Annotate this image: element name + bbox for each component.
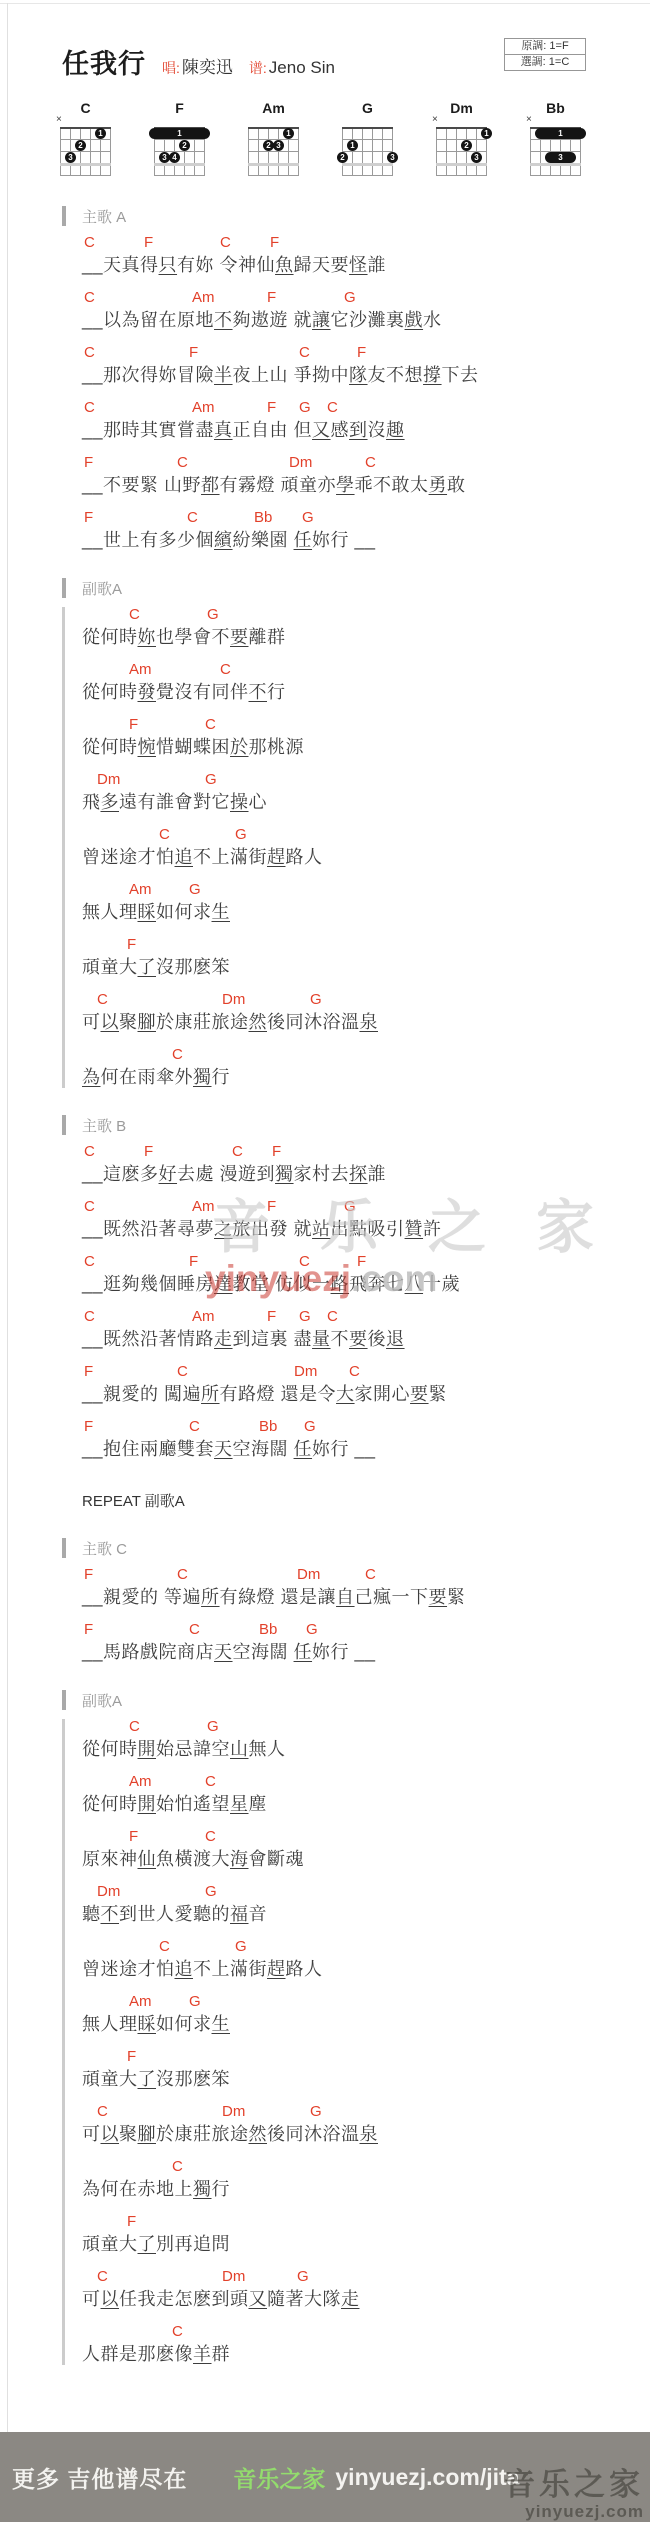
chord-row: FC: [82, 1829, 650, 1844]
chord-label: C: [97, 992, 108, 1007]
chord-label: F: [267, 1309, 276, 1324]
lyric-text: __那次得妳冒險半夜上山 爭拗中隊友不想撐下去: [82, 364, 650, 386]
chord-label: C: [189, 1419, 200, 1434]
lyric-line-group: C為何在赤地上獨行: [82, 2159, 650, 2200]
chord-label: Am: [129, 662, 152, 677]
lyric-text: 無人理睬如何求生: [82, 901, 650, 923]
chord-label: F: [189, 1254, 198, 1269]
chord-diagrams-row: C×123F1234Am123G123Dm×123Bb×13: [60, 101, 650, 179]
lyric-line-group: CG曾迷途才怕追不上滿街趕路人: [82, 1939, 650, 1980]
chord-label: F: [267, 1199, 276, 1214]
chord-row: CFCF: [82, 235, 650, 250]
lyric-text: __天真得只有妳 令神仙魚歸天要怪誰: [82, 254, 650, 276]
chord-label: Dm: [222, 2269, 245, 2284]
lyric-line-group: FCBbG__抱住兩廳雙套天空海闊 任妳行 __: [82, 1419, 650, 1460]
section-marker-bar: [62, 1690, 66, 1710]
footer-watermark: 音乐之家 yinyuezj.com: [504, 2469, 644, 2520]
chord-label: C: [84, 400, 95, 415]
chord-label: F: [84, 510, 93, 525]
page-top-border: [0, 3, 650, 4]
section-lines: CG從何時開始忌諱空山無人AmC從何時開始怕遙望星塵FC原來神仙魚橫渡大海會斷魂…: [62, 1719, 650, 2365]
chord-row: CDmG: [82, 2269, 650, 2284]
lyric-line-group: CFCF__天真得只有妳 令神仙魚歸天要怪誰: [82, 235, 650, 276]
chord-row: FCBbG: [82, 1419, 650, 1434]
barre-finger: 3: [545, 152, 576, 163]
song-section: 副歌ACG從何時開始忌諱空山無人AmC從何時開始怕遙望星塵FC原來神仙魚橫渡大海…: [62, 1689, 650, 2365]
chord-name: G: [342, 101, 393, 115]
page-left-border: [7, 3, 8, 2432]
page: 原調: 1=F 選調: 1=C 任我行 唱:陳奕迅 谱:Jeno Sin C×1…: [0, 0, 650, 2522]
chord-label: G: [235, 827, 247, 842]
chord-row: FCBbG: [82, 1622, 650, 1637]
section-marker-bar: [62, 578, 66, 598]
lyric-line-group: CFCF__逛夠幾個睡房達教堂 仿似一路飛奔七八十歲: [82, 1254, 650, 1295]
chord-label: F: [270, 235, 279, 250]
fret-line: [436, 175, 487, 176]
chord-label: C: [365, 1567, 376, 1582]
section-lines: FCDmC__親愛的 等遍所有綠燈 還是讓自己瘋一下要緊FCBbG__馬路戲院商…: [82, 1567, 650, 1663]
chord-label: C: [84, 1309, 95, 1324]
chord-label: C: [84, 1199, 95, 1214]
lyric-text: 聽不到世人愛聽的福音: [82, 1903, 650, 1925]
chord-diagram-am: Am123: [248, 101, 299, 179]
footer-watermark-url: yinyuezj.com: [504, 2503, 644, 2520]
chord-label: C: [97, 2269, 108, 2284]
chord-row: CFCF: [82, 1254, 650, 1269]
chord-row: FCDmC: [82, 1567, 650, 1582]
chord-row: C: [82, 2324, 650, 2339]
singer-credit: 唱:陳奕迅: [162, 53, 233, 78]
key-info-box: 原調: 1=F 選調: 1=C: [504, 38, 586, 71]
chord-row: CAmFG: [82, 1199, 650, 1214]
lyric-line-group: FCDmC__親愛的 等遍所有綠燈 還是讓自己瘋一下要緊: [82, 1567, 650, 1608]
lyric-line-group: CAmFGC__既然沿著情路走到這裏 盡量不要後退: [82, 1309, 650, 1350]
chord-label: Dm: [294, 1364, 317, 1379]
chord-diagram-c: C×123: [60, 101, 111, 179]
section-lines: CFCF__這麽多好去處 漫遊到獨家村去探誰CAmFG__既然沿著尋夢之旅出發 …: [82, 1144, 650, 1460]
lyric-text: 曾迷途才怕追不上滿街趕路人: [82, 846, 650, 868]
chord-label: F: [84, 1622, 93, 1637]
chord-label: F: [357, 1254, 366, 1269]
lyric-text: 從何時發覺沒有同伴不行: [82, 681, 650, 703]
repeat-instruction: REPEAT 副歌A: [82, 1490, 650, 1511]
lyric-line-group: CAmFG__以為留在原地不夠遨遊 就讓它沙灘裏戲水: [82, 290, 650, 331]
lyric-line-group: CDmG可以任我走怎麽到頭又隨著大隊走: [82, 2269, 650, 2310]
chord-label: G: [299, 1309, 311, 1324]
lyric-text: 人群是那麽像羊群: [82, 2343, 650, 2365]
selected-key: 選調: 1=C: [505, 54, 585, 70]
lyric-text: 無人理睬如何求生: [82, 2013, 650, 2035]
lyric-text: 頑童大了沒那麽笨: [82, 956, 650, 978]
chord-diagram-dm: Dm×123: [436, 101, 487, 179]
lyric-line-group: AmG無人理睬如何求生: [82, 1994, 650, 2035]
lyric-text: 可以聚腳於康莊旅途然後同沐浴溫泉: [82, 2123, 650, 2145]
lyric-text: 從何時開始忌諱空山無人: [82, 1738, 650, 1760]
chord-label: F: [129, 1829, 138, 1844]
chord-row: AmG: [82, 882, 650, 897]
chord-label: C: [84, 1144, 95, 1159]
chord-name: C: [60, 101, 111, 115]
chord-row: AmC: [82, 662, 650, 677]
chord-name: Bb: [530, 101, 581, 115]
chord-label: C: [205, 1774, 216, 1789]
chord-label: Am: [192, 400, 215, 415]
chord-label: C: [299, 1254, 310, 1269]
lyric-line-group: F頑童大了沒那麽笨: [82, 2049, 650, 2090]
lyric-line-group: CFCF__這麽多好去處 漫遊到獨家村去探誰: [82, 1144, 650, 1185]
chord-diagram-g: G123: [342, 101, 393, 179]
lyric-text: 從何時妳也學會不要離群: [82, 626, 650, 648]
section-label: 主歌 A: [82, 206, 126, 227]
lyric-line-group: CG從何時開始忌諱空山無人: [82, 1719, 650, 1760]
finger-dot: 3: [387, 152, 398, 163]
fret-line: [342, 163, 393, 166]
lyric-text: __馬路戲院商店天空海闊 任妳行 __: [82, 1641, 650, 1663]
lyric-line-group: C人群是那麽像羊群: [82, 2324, 650, 2365]
muted-string-marker: ×: [56, 115, 62, 125]
chord-label: Dm: [97, 1884, 120, 1899]
fret-line: [436, 139, 487, 140]
chord-row: C: [82, 2159, 650, 2174]
chord-row: F: [82, 937, 650, 952]
chord-label: Am: [192, 1199, 215, 1214]
lyric-text: __既然沿著情路走到這裏 盡量不要後退: [82, 1328, 650, 1350]
chord-label: F: [127, 2214, 136, 2229]
song-body: 主歌 ACFCF__天真得只有妳 令神仙魚歸天要怪誰CAmFG__以為留在原地不…: [62, 205, 650, 2389]
fretboard-grid: ×123: [436, 127, 487, 176]
chord-label: C: [172, 2159, 183, 2174]
section-header: 主歌 A: [62, 205, 650, 227]
chord-label: G: [310, 2104, 322, 2119]
lyric-text: 原來神仙魚橫渡大海會斷魂: [82, 1848, 650, 1870]
chord-label: C: [172, 1047, 183, 1062]
chord-label: G: [205, 1884, 217, 1899]
chord-label: C: [205, 1829, 216, 1844]
lyric-line-group: FCDmC__親愛的 闖遍所有路燈 還是令大家開心要緊: [82, 1364, 650, 1405]
footer-site-url: yinyuezj.com/jita: [335, 2464, 519, 2491]
chord-row: CDmG: [82, 992, 650, 1007]
chord-label: C: [299, 345, 310, 360]
section-marker-bar: [62, 1115, 66, 1135]
lyric-line-group: FC原來神仙魚橫渡大海會斷魂: [82, 1829, 650, 1870]
chord-label: Am: [129, 1774, 152, 1789]
chord-row: CAmFGC: [82, 400, 650, 415]
lyric-text: __逛夠幾個睡房達教堂 仿似一路飛奔七八十歲: [82, 1273, 650, 1295]
footer-watermark-logo: 音乐之家: [504, 2469, 644, 2500]
chord-label: G: [189, 1994, 201, 2009]
fret-line: [248, 151, 299, 152]
chord-label: F: [357, 345, 366, 360]
chord-label: C: [84, 290, 95, 305]
song-section: 主歌 ACFCF__天真得只有妳 令神仙魚歸天要怪誰CAmFG__以為留在原地不…: [62, 205, 650, 551]
chord-diagram-bb: Bb×13: [530, 101, 581, 179]
chord-label: G: [310, 992, 322, 1007]
lyric-line-group: FC從何時惋惜蝴蝶困於那桃源: [82, 717, 650, 758]
finger-dot: 1: [283, 128, 294, 139]
chord-label: Am: [129, 882, 152, 897]
lyric-text: 可以聚腳於康莊旅途然後同沐浴溫泉: [82, 1011, 650, 1033]
lyric-line-group: F頑童大了沒那麽笨: [82, 937, 650, 978]
section-label: 主歌 B: [82, 1115, 126, 1136]
chord-label: G: [235, 1939, 247, 1954]
lyric-line-group: CDmG可以聚腳於康莊旅途然後同沐浴溫泉: [82, 2104, 650, 2145]
chord-row: CDmG: [82, 2104, 650, 2119]
section-lines: CFCF__天真得只有妳 令神仙魚歸天要怪誰CAmFG__以為留在原地不夠遨遊 …: [82, 235, 650, 551]
lyric-text: 從何時惋惜蝴蝶困於那桃源: [82, 736, 650, 758]
section-marker-bar: [62, 206, 66, 226]
fret-line: [60, 139, 111, 140]
chord-label: C: [220, 235, 231, 250]
chord-label: Am: [192, 1309, 215, 1324]
chord-label: C: [189, 1622, 200, 1637]
chord-row: CAmFG: [82, 290, 650, 305]
chord-label: Dm: [97, 772, 120, 787]
chord-row: CG: [82, 1719, 650, 1734]
fretboard-grid: 123: [342, 127, 393, 176]
chord-label: C: [327, 400, 338, 415]
fret-line: [154, 163, 205, 166]
fret-line: [342, 127, 393, 129]
lyric-line-group: CFCF__那次得妳冒險半夜上山 爭拗中隊友不想撐下去: [82, 345, 650, 386]
chord-row: CG: [82, 607, 650, 622]
chord-label: C: [84, 345, 95, 360]
chord-label: G: [304, 1419, 316, 1434]
chord-label: Am: [192, 290, 215, 305]
fret-line: [60, 175, 111, 176]
fret-line: [530, 175, 581, 176]
lyric-text: __既然沿著尋夢之旅出發 就站出點吸引贊許: [82, 1218, 650, 1240]
chord-label: C: [220, 662, 231, 677]
chord-name: F: [154, 101, 205, 115]
chord-label: G: [299, 400, 311, 415]
chord-label: G: [344, 290, 356, 305]
chord-label: C: [97, 2104, 108, 2119]
chord-label: C: [177, 455, 188, 470]
chord-row: CG: [82, 827, 650, 842]
chord-label: C: [129, 607, 140, 622]
chord-row: FCDmC: [82, 455, 650, 470]
chord-row: CG: [82, 1939, 650, 1954]
chord-label: G: [205, 772, 217, 787]
fret-line: [154, 139, 205, 140]
finger-dot: 2: [75, 140, 86, 151]
lyric-text: __那時其實嘗盡真正自由 但又感到沒趣: [82, 419, 650, 441]
chord-row: C: [82, 1047, 650, 1062]
fret-line: [436, 127, 487, 129]
chord-label: F: [267, 400, 276, 415]
lyric-line-group: CDmG可以聚腳於康莊旅途然後同沐浴溫泉: [82, 992, 650, 1033]
footer-text: 更多 吉他谱尽在: [12, 2461, 187, 2494]
lyric-line-group: DmG飛多遠有誰會對它操心: [82, 772, 650, 813]
chord-row: CFCF: [82, 345, 650, 360]
arranger-name: Jeno Sin: [269, 58, 335, 77]
chord-row: FCBbG: [82, 510, 650, 525]
section-marker-bar: [62, 1538, 66, 1558]
finger-dot: 2: [337, 152, 348, 163]
chord-label: Am: [129, 1994, 152, 2009]
lyric-line-group: F頑童大了別再追問: [82, 2214, 650, 2255]
chord-label: G: [207, 607, 219, 622]
lyric-text: __親愛的 闖遍所有路燈 還是令大家開心要緊: [82, 1383, 650, 1405]
chord-row: CAmFGC: [82, 1309, 650, 1324]
lyric-text: __抱住兩廳雙套天空海闊 任妳行 __: [82, 1438, 650, 1460]
section-header: 副歌A: [62, 577, 650, 599]
muted-string-marker: ×: [526, 115, 532, 125]
chord-row: FCDmC: [82, 1364, 650, 1379]
footer-brand: 音乐之家: [233, 2461, 325, 2494]
section-lines: CG從何時妳也學會不要離群AmC從何時發覺沒有同伴不行FC從何時惋惜蝴蝶困於那桃…: [62, 607, 650, 1088]
chord-label: F: [189, 345, 198, 360]
lyric-line-group: C為何在雨傘外獨行: [82, 1047, 650, 1088]
original-key: 原調: 1=F: [505, 39, 585, 54]
chord-row: F: [82, 2214, 650, 2229]
chord-row: AmG: [82, 1994, 650, 2009]
barre-finger: 1: [149, 128, 210, 139]
chord-label: F: [84, 1364, 93, 1379]
chord-label: C: [177, 1364, 188, 1379]
chord-label: G: [189, 882, 201, 897]
fret-line: [248, 139, 299, 140]
fret-line: [342, 151, 393, 152]
lyric-text: 為何在雨傘外獨行: [82, 1066, 650, 1088]
chord-label: C: [159, 827, 170, 842]
fretboard-grid: 1234: [154, 127, 205, 176]
fret-line: [154, 175, 205, 176]
chord-label: C: [349, 1364, 360, 1379]
chord-label: F: [267, 290, 276, 305]
chord-label: C: [129, 1719, 140, 1734]
lyric-line-group: AmC從何時發覺沒有同伴不行: [82, 662, 650, 703]
lyric-text: __親愛的 等遍所有綠燈 還是讓自己瘋一下要緊: [82, 1586, 650, 1608]
arranger-label: 谱:: [249, 60, 267, 76]
chord-label: C: [232, 1144, 243, 1159]
chord-row: FC: [82, 717, 650, 732]
lyric-text: __世上有多少個繽紛樂園 任妳行 __: [82, 529, 650, 551]
chord-label: G: [344, 1199, 356, 1214]
chord-label: F: [127, 2049, 136, 2064]
fret-line: [530, 163, 581, 166]
song-title: 任我行: [62, 42, 146, 81]
chord-label: F: [84, 1567, 93, 1582]
chord-label: C: [84, 235, 95, 250]
section-header: 副歌A: [62, 1689, 650, 1711]
section-header: 主歌 B: [62, 1114, 650, 1136]
chord-label: F: [127, 937, 136, 952]
section-label: 副歌A: [82, 1690, 122, 1711]
fret-line: [436, 163, 487, 166]
chord-label: Bb: [259, 1419, 277, 1434]
singer-name: 陳奕迅: [182, 58, 233, 77]
section-label: 副歌A: [82, 578, 122, 599]
song-section: 主歌 CFCDmC__親愛的 等遍所有綠燈 還是讓自己瘋一下要緊FCBbG__馬…: [62, 1537, 650, 1663]
singer-label: 唱:: [162, 60, 180, 76]
section-label: 主歌 C: [82, 1538, 127, 1559]
fret-line: [530, 139, 581, 140]
finger-dot: 1: [95, 128, 106, 139]
lyric-text: __以為留在原地不夠遨遊 就讓它沙灘裏戲水: [82, 309, 650, 331]
finger-dot: 2: [179, 140, 190, 151]
finger-dot: 4: [169, 152, 180, 163]
chord-label: C: [327, 1309, 338, 1324]
lyric-line-group: CG曾迷途才怕追不上滿街趕路人: [82, 827, 650, 868]
finger-dot: 2: [461, 140, 472, 151]
chord-label: Dm: [297, 1567, 320, 1582]
lyric-text: __不要緊 山野都有霧燈 頑童亦學乖不敢太勇敢: [82, 474, 650, 496]
chord-row: F: [82, 2049, 650, 2064]
chord-label: F: [272, 1144, 281, 1159]
lyric-line-group: AmG無人理睬如何求生: [82, 882, 650, 923]
chord-label: C: [172, 2324, 183, 2339]
chord-label: C: [159, 1939, 170, 1954]
lyric-text: 頑童大了別再追問: [82, 2233, 650, 2255]
fret-line: [60, 163, 111, 166]
finger-dot: 3: [471, 152, 482, 163]
lyric-text: 飛多遠有誰會對它操心: [82, 791, 650, 813]
chord-row: AmC: [82, 1774, 650, 1789]
chord-label: F: [84, 1419, 93, 1434]
song-section: 副歌ACG從何時妳也學會不要離群AmC從何時發覺沒有同伴不行FC從何時惋惜蝴蝶困…: [62, 577, 650, 1088]
chord-label: F: [129, 717, 138, 732]
fret-line: [342, 175, 393, 176]
chord-label: F: [144, 1144, 153, 1159]
lyric-line-group: CAmFGC__那時其實嘗盡真正自由 但又感到沒趣: [82, 400, 650, 441]
finger-dot: 3: [65, 152, 76, 163]
chord-label: G: [302, 510, 314, 525]
chord-label: Bb: [254, 510, 272, 525]
arranger-credit: 谱:Jeno Sin: [249, 58, 335, 78]
chord-label: C: [177, 1567, 188, 1582]
lyric-line-group: FCBbG__世上有多少個繽紛樂園 任妳行 __: [82, 510, 650, 551]
finger-dot: 3: [273, 140, 284, 151]
chord-diagram-f: F1234: [154, 101, 205, 179]
lyric-text: 曾迷途才怕追不上滿街趕路人: [82, 1958, 650, 1980]
chord-name: Dm: [436, 101, 487, 115]
finger-dot: 1: [481, 128, 492, 139]
fret-line: [248, 175, 299, 176]
chord-label: G: [207, 1719, 219, 1734]
chord-label: C: [187, 510, 198, 525]
lyric-line-group: AmC從何時開始怕遙望星塵: [82, 1774, 650, 1815]
chord-label: F: [144, 235, 153, 250]
chord-name: Am: [248, 101, 299, 115]
fret-line: [248, 163, 299, 166]
chord-row: DmG: [82, 772, 650, 787]
lyric-text: 為何在赤地上獨行: [82, 2178, 650, 2200]
section-header: 主歌 C: [62, 1537, 650, 1559]
chord-label: G: [306, 1622, 318, 1637]
lyric-line-group: FCBbG__馬路戲院商店天空海闊 任妳行 __: [82, 1622, 650, 1663]
chord-label: C: [205, 717, 216, 732]
finger-dot: 1: [347, 140, 358, 151]
chord-label: C: [84, 1254, 95, 1269]
lyric-line-group: FCDmC__不要緊 山野都有霧燈 頑童亦學乖不敢太勇敢: [82, 455, 650, 496]
muted-string-marker: ×: [432, 115, 438, 125]
lyric-line-group: CAmFG__既然沿著尋夢之旅出發 就站出點吸引贊許: [82, 1199, 650, 1240]
chord-label: C: [365, 455, 376, 470]
chord-row: DmG: [82, 1884, 650, 1899]
lyric-text: 從何時開始怕遙望星塵: [82, 1793, 650, 1815]
chord-label: Dm: [222, 992, 245, 1007]
lyric-line-group: CG從何時妳也學會不要離群: [82, 607, 650, 648]
song-section: 主歌 BCFCF__這麽多好去處 漫遊到獨家村去探誰CAmFG__既然沿著尋夢之…: [62, 1114, 650, 1460]
lyric-text: 頑童大了沒那麽笨: [82, 2068, 650, 2090]
fretboard-grid: ×13: [530, 127, 581, 176]
footer-banner: 更多 吉他谱尽在 音乐之家 yinyuezj.com/jita 音乐之家 yin…: [0, 2432, 650, 2522]
fretboard-grid: 123: [248, 127, 299, 176]
chord-label: Dm: [289, 455, 312, 470]
barre-finger: 1: [535, 128, 586, 139]
chord-label: G: [297, 2269, 309, 2284]
